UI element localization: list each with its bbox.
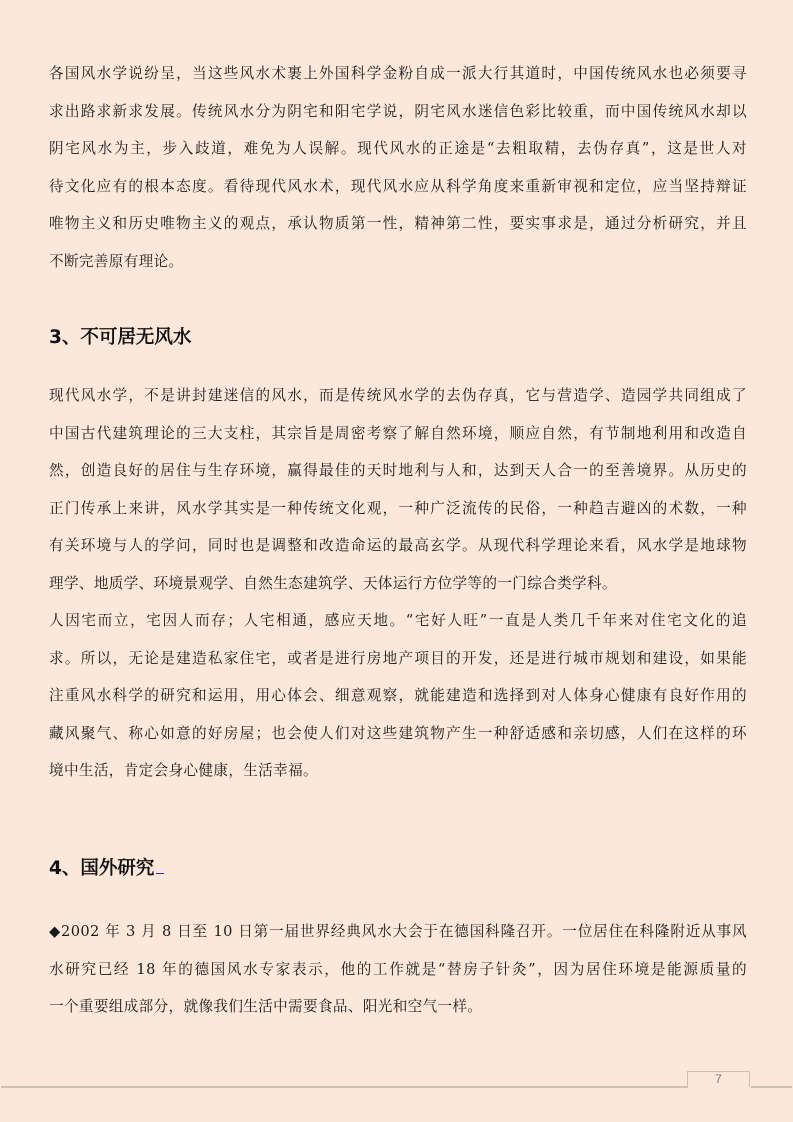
link-underline-mark[interactable] — [156, 872, 164, 874]
page-number: 7 — [715, 1072, 722, 1086]
section-heading-4: 4、国外研究 — [49, 857, 164, 881]
section-3-paragraph-1: 现代风水学，不是讲封建迷信的风水，而是传统风水学的去伪存真，它与营造学、造园学共… — [49, 377, 747, 602]
text-line: 各国风水学说纷呈，当这些风水术裹上外国科学金粉自成一派大行其道时，中国传统风水也… — [49, 55, 747, 93]
text-line: 求。所以，无论是建造私家住宅，或者是进行房地产项目的开发，还是进行城市规划和建设… — [49, 640, 747, 678]
text-line: ◆2002 年 3 月 8 日至 10 日第一届世界经典风水大会于在德国科隆召开… — [49, 913, 747, 951]
text-line: 不断完善原有理论。 — [49, 243, 747, 281]
section-4-paragraph-1: ◆2002 年 3 月 8 日至 10 日第一届世界经典风水大会于在德国科隆召开… — [49, 913, 747, 1026]
text-line: 阴宅风水为主，步入歧道，难免为人误解。现代风水的正途是“去粗取精，去伪存真”，这… — [49, 130, 747, 168]
document-page: 各国风水学说纷呈，当这些风水术裹上外国科学金粉自成一派大行其道时，中国传统风水也… — [0, 0, 793, 1122]
text-line: 正门传承上来讲，风水学其实是一种传统文化观，一种广泛流传的民俗，一种趋吉避凶的术… — [49, 490, 747, 528]
section-3-paragraph-2: 人因宅而立，宅因人而存；人宅相通，感应天地。“宅好人旺”一直是人类几千年来对住宅… — [49, 602, 747, 790]
text-line: 然，创造良好的居住与生存环境，赢得最佳的天时地利与人和，达到天人合一的至善境界。… — [49, 452, 747, 490]
text-line: 有关环境与人的学问，同时也是调整和改造命运的最高玄学。从现代科学理论来看，风水学… — [49, 527, 747, 565]
text-line: 待文化应有的根本态度。看待现代风水术，现代风水应从科学角度来重新审视和定位，应当… — [49, 168, 747, 206]
intro-paragraph: 各国风水学说纷呈，当这些风水术裹上外国科学金粉自成一派大行其道时，中国传统风水也… — [49, 55, 747, 280]
text-line: 一个重要组成部分，就像我们生活中需要食品、阳光和空气一样。 — [49, 988, 747, 1026]
text-line: 境中生活，肯定会身心健康，生活幸福。 — [49, 752, 747, 790]
section-heading-4-text: 4、国外研究 — [49, 858, 154, 879]
section-heading-3: 3、不可居无风水 — [49, 326, 191, 350]
text-line: 求出路求新求发展。传统风水分为阴宅和阳宅学说，阴宅风水迷信色彩比较重，而中国传统… — [49, 93, 747, 131]
text-line: 注重风水科学的研究和运用，用心体会、细意观察，就能建造和选择到对人体身心健康有良… — [49, 677, 747, 715]
page-number-tab: 7 — [687, 1071, 750, 1087]
footer-rule-left — [1, 1086, 688, 1088]
text-line: 唯物主义和历史唯物主义的观点，承认物质第一性，精神第二性，要实事求是，通过分析研… — [49, 205, 747, 243]
text-line: 中国古代建筑理论的三大支柱，其宗旨是周密考察了解自然环境，顺应自然，有节制地利用… — [49, 415, 747, 453]
footer-rule-right — [751, 1086, 792, 1088]
text-line: 人因宅而立，宅因人而存；人宅相通，感应天地。“宅好人旺”一直是人类几千年来对住宅… — [49, 602, 747, 640]
text-line: 理学、地质学、环境景观学、自然生态建筑学、天体运行方位学等的一门综合类学科。 — [49, 565, 747, 603]
text-line: 水研究已经 18 年的德国风水专家表示，他的工作就是“替房子针灸”，因为居住环境… — [49, 951, 747, 989]
text-line: 藏风聚气、称心如意的好房屋；也会使人们对这些建筑物产生一种舒适感和亲切感，人们在… — [49, 715, 747, 753]
section-3-body: 现代风水学，不是讲封建迷信的风水，而是传统风水学的去伪存真，它与营造学、造园学共… — [49, 377, 747, 790]
text-line: 现代风水学，不是讲封建迷信的风水，而是传统风水学的去伪存真，它与营造学、造园学共… — [49, 377, 747, 415]
